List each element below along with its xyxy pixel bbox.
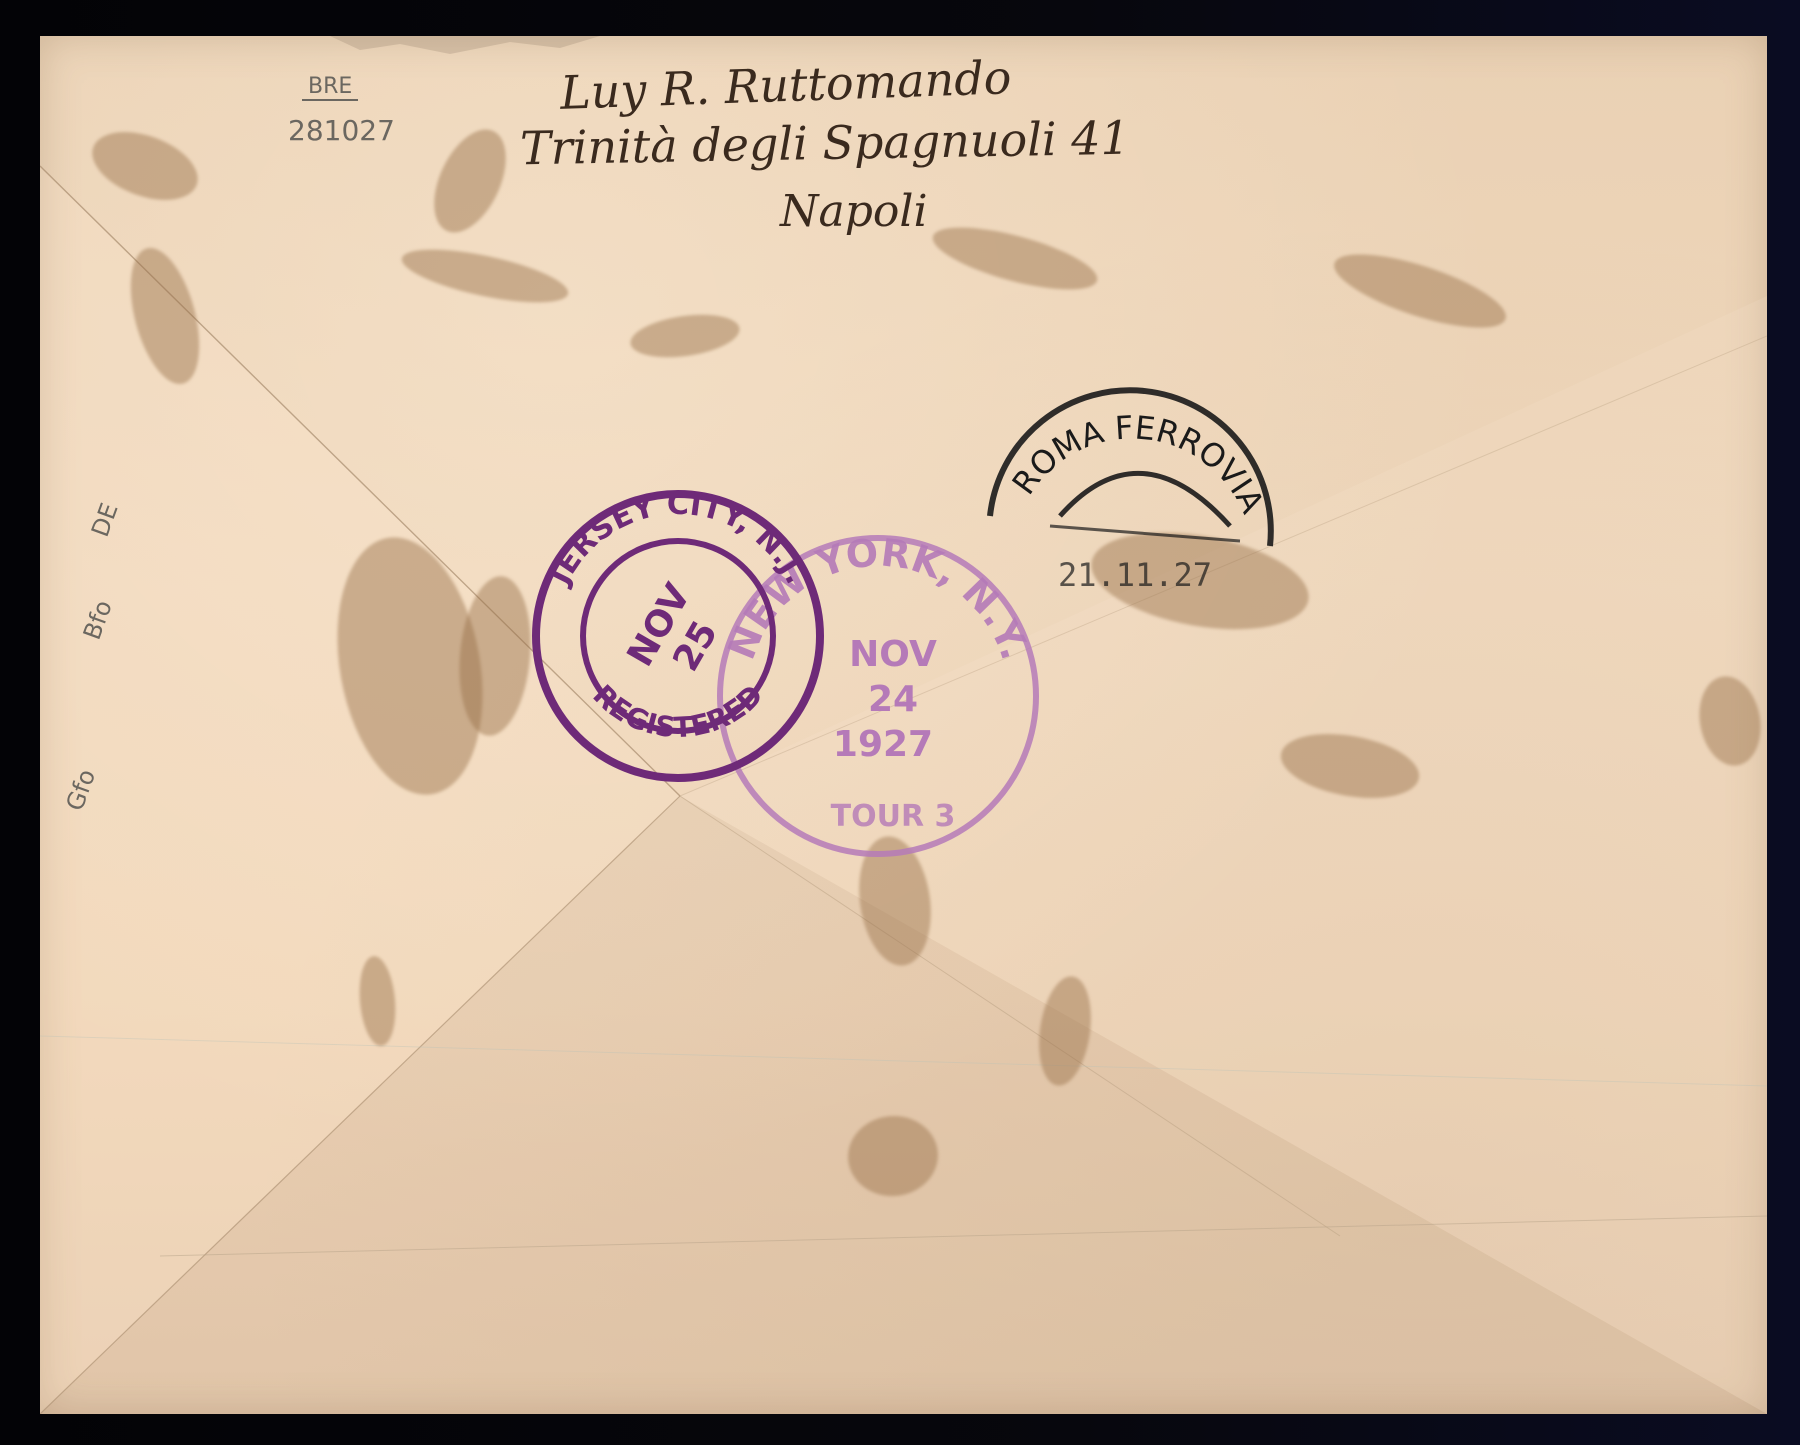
envelope-back: Luy R. Ruttomando Trinità degli Spagnuol… [40, 36, 1767, 1414]
sender-city: Napoli [780, 186, 928, 237]
pencil-note-label: BRE [302, 74, 358, 101]
jc-bottom-text: REGISTERED [586, 678, 769, 744]
roma-date: 21.11.27 [1058, 556, 1212, 594]
svg-text:REGISTERED: REGISTERED [586, 678, 769, 744]
sender-street: Trinità degli Spagnuoli 41 [520, 111, 1131, 176]
pencil-note-number: 281027 [288, 114, 395, 147]
svg-text:ROMA FERROVIA: ROMA FERROVIA [1005, 408, 1272, 519]
roma-text: ROMA FERROVIA [1005, 408, 1272, 519]
ny-day: 24 [868, 679, 918, 720]
ny-month: NOV [849, 634, 937, 675]
ny-year: 1927 [833, 724, 933, 765]
ny-bottom-text: TOUR 3 [831, 799, 956, 834]
